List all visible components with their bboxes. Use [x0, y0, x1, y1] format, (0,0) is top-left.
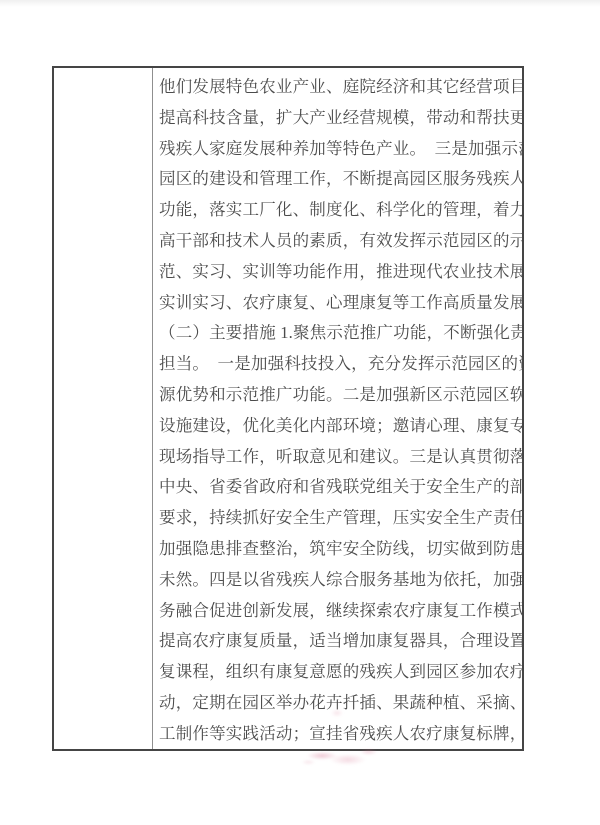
text-line: 加强隐患排查整治，筑牢安全防线，切实做到防患于 [159, 534, 518, 565]
text-line: 设施建设，优化美化内部环境；邀请心理、康复专家 [159, 411, 518, 442]
text-line: 担当。 一是加强科技投入，充分发挥示范园区的资 [159, 349, 518, 380]
text-line: 复课程，组织有康复意愿的残疾人到园区参加农疗活 [159, 657, 518, 688]
scanned-document-page: 他们发展特色农业产业、庭院经济和其它经营项目， 提高科技含量，扩大产业经营规模，… [0, 0, 600, 825]
text-line: 提高农疗康复质量，适当增加康复器具，合理设置康 [159, 626, 518, 657]
text-line: 要求，持续抓好安全生产管理，压实安全生产责任， [159, 503, 518, 534]
text-line: 源优势和示范推广功能。二是加强新区示范园区软硬 [159, 380, 518, 411]
text-line: 中央、省委省政府和省残联党组关于安全生产的部署 [159, 472, 518, 503]
table-cell-body-text: 他们发展特色农业产业、庭院经济和其它经营项目， 提高科技含量，扩大产业经营规模，… [153, 68, 522, 749]
text-line: 他们发展特色农业产业、庭院经济和其它经营项目， [159, 72, 518, 103]
text-line: 园区的建设和管理工作，不断提高园区服务残疾人的 [159, 164, 518, 195]
text-line: 实训实习、农疗康复、心理康复等工作高质量发展。 [159, 288, 518, 319]
table-cell-left [54, 68, 153, 749]
scan-edge-shadow [0, 0, 600, 7]
text-line: 提高科技含量，扩大产业经营规模，带动和帮扶更多 [159, 103, 518, 134]
text-line: 工制作等实践活动；宣挂省残疾人农疗康复标牌，努 [159, 719, 518, 749]
text-line: （二）主要措施 1.聚焦示范推广功能，不断强化责任 [159, 318, 518, 349]
text-line: 高干部和技术人员的素质，有效发挥示范园区的示 [159, 226, 518, 257]
text-line: 残疾人家庭发展种养加等特色产业。 三是加强示范 [159, 134, 518, 165]
text-line: 动，定期在园区举办花卉扦插、果蔬种植、采摘、手 [159, 688, 518, 719]
document-table: 他们发展特色农业产业、庭院经济和其它经营项目， 提高科技含量，扩大产业经营规模，… [52, 66, 524, 751]
text-line: 未然。四是以省残疾人综合服务基地为依托，加强业 [159, 565, 518, 596]
text-line: 务融合促进创新发展，继续探索农疗康复工作模式， [159, 596, 518, 627]
text-line: 现场指导工作，听取意见和建议。三是认真贯彻落实 [159, 442, 518, 473]
text-line: 功能，落实工厂化、制度化、科学化的管理，着力提 [159, 195, 518, 226]
text-line: 范、实习、实训等功能作用，推进现代农业技术展示、 [159, 257, 518, 288]
